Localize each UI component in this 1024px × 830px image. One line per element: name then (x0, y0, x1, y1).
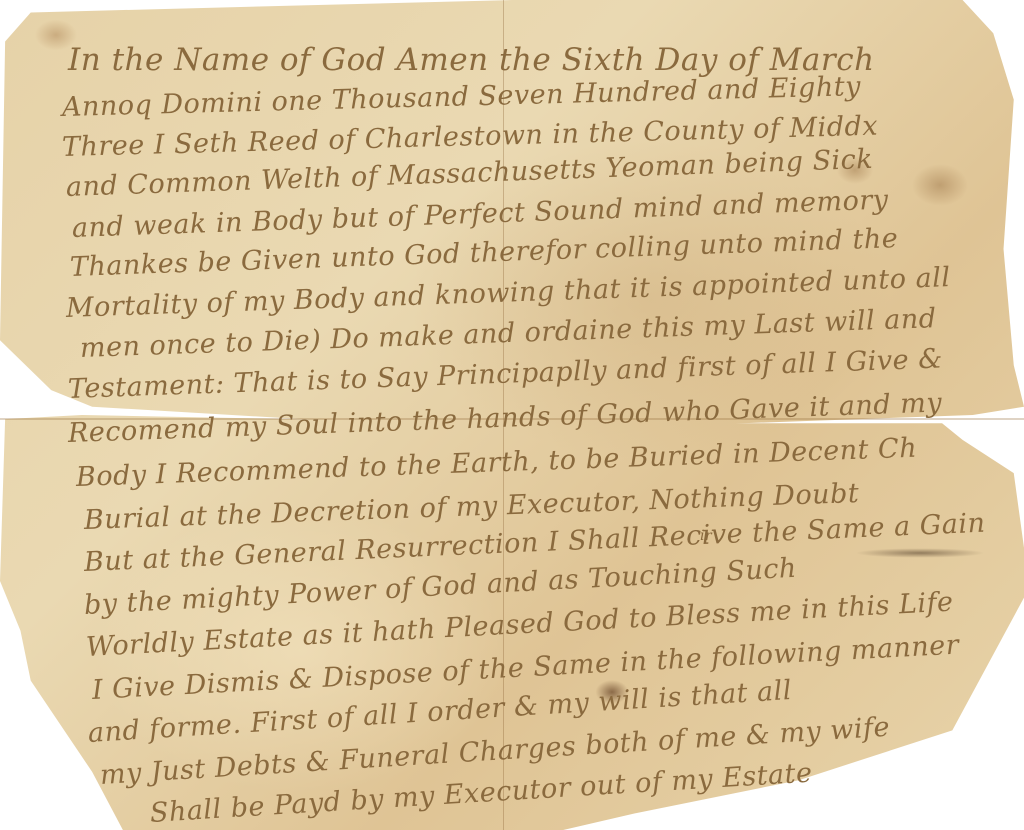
text-line-1: In the Name of God Amen the Sixth Day of… (68, 42, 875, 78)
interlinear-insertion: ir (700, 528, 712, 544)
